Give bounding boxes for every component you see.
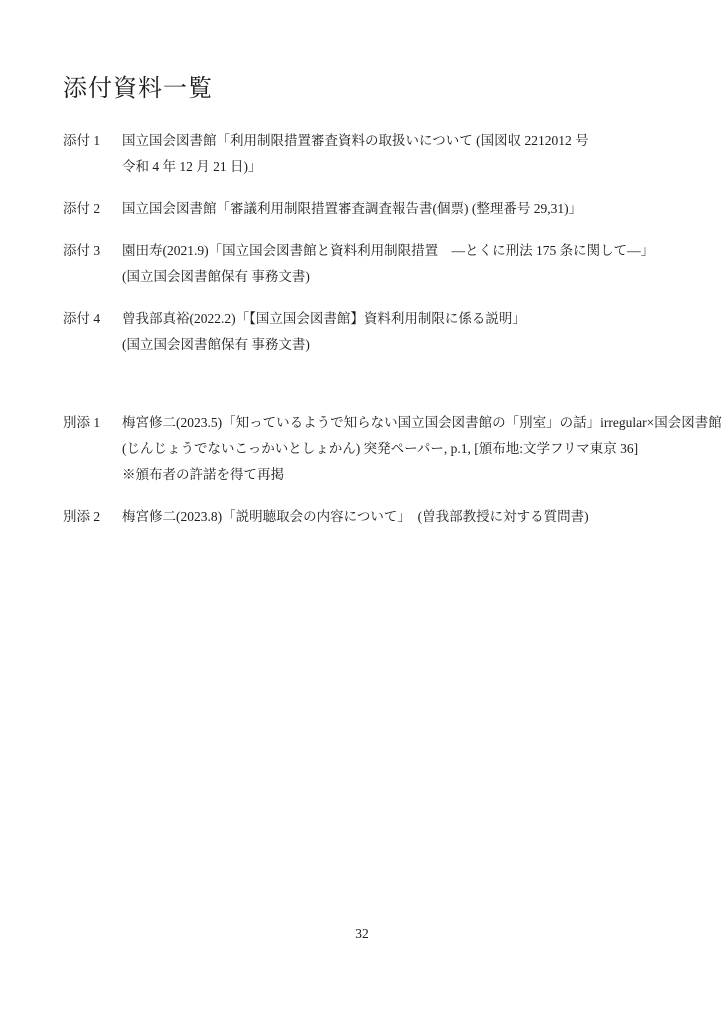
item-text-line: 国立国会図書館「審議利用制限措置審査調査報告書(個票) (整理番号 29,31)… <box>122 196 708 222</box>
item-text-line: ※頒布者の許諾を得て再掲 <box>122 462 708 488</box>
item-text-line: (じんじょうでないこっかいとしょかん) 突発ペーパー, p.1, [頒布地:文学… <box>122 436 708 462</box>
list-item-betten-2: 別添 2 梅宮修二(2023.8)「説明聴取会の内容について」 (曽我部教授に対… <box>63 504 708 530</box>
page-footer: 32 <box>0 926 724 942</box>
item-text: 曾我部真裕(2022.2)「【国立国会図書館】資料利用制限に係る説明」 (国立国… <box>122 306 708 358</box>
item-text-line: (国立国会図書館保有 事務文書) <box>122 332 708 358</box>
attachment-list: 添付 1 国立国会図書館「利用制限措置審査資料の取扱いについて (国図収 221… <box>63 128 708 546</box>
page-title: 添付資料一覧 <box>63 68 213 103</box>
item-label: 別添 1 <box>63 410 122 436</box>
item-text-line: 令和 4 年 12 月 21 日)」 <box>122 154 708 180</box>
item-text: 国立国会図書館「審議利用制限措置審査調査報告書(個票) (整理番号 29,31)… <box>122 196 708 222</box>
item-label: 添付 1 <box>63 128 122 154</box>
item-text-line: 梅宮修二(2023.8)「説明聴取会の内容について」 (曽我部教授に対する質問書… <box>122 504 708 530</box>
list-item-tenpu-2: 添付 2 国立国会図書館「審議利用制限措置審査調査報告書(個票) (整理番号 2… <box>63 196 708 222</box>
item-text-line: 曾我部真裕(2022.2)「【国立国会図書館】資料利用制限に係る説明」 <box>122 306 708 332</box>
page-number: 32 <box>355 926 369 941</box>
item-label: 添付 3 <box>63 238 122 264</box>
list-item-tenpu-3: 添付 3 園田寿(2021.9)「国立国会図書館と資料利用制限措置 ―とくに刑法… <box>63 238 708 290</box>
item-label: 添付 2 <box>63 196 122 222</box>
item-label: 添付 4 <box>63 306 122 332</box>
list-item-betten-1: 別添 1 梅宮修二(2023.5)「知っているようで知らない国立国会図書館の「別… <box>63 410 708 488</box>
item-text: 国立国会図書館「利用制限措置審査資料の取扱いについて (国図収 2212012 … <box>122 128 708 180</box>
item-text: 梅宮修二(2023.8)「説明聴取会の内容について」 (曽我部教授に対する質問書… <box>122 504 708 530</box>
list-item-tenpu-1: 添付 1 国立国会図書館「利用制限措置審査資料の取扱いについて (国図収 221… <box>63 128 708 180</box>
item-text-line: 梅宮修二(2023.5)「知っているようで知らない国立国会図書館の「別室」の話」… <box>122 410 708 436</box>
item-text: 梅宮修二(2023.5)「知っているようで知らない国立国会図書館の「別室」の話」… <box>122 410 708 488</box>
item-text-line: 園田寿(2021.9)「国立国会図書館と資料利用制限措置 ―とくに刑法 175 … <box>122 238 708 264</box>
item-text-line: 国立国会図書館「利用制限措置審査資料の取扱いについて (国図収 2212012 … <box>122 128 708 154</box>
item-text: 園田寿(2021.9)「国立国会図書館と資料利用制限措置 ―とくに刑法 175 … <box>122 238 708 290</box>
document-page: 添付資料一覧 添付 1 国立国会図書館「利用制限措置審査資料の取扱いについて (… <box>0 0 724 1024</box>
list-item-tenpu-4: 添付 4 曾我部真裕(2022.2)「【国立国会図書館】資料利用制限に係る説明」… <box>63 306 708 358</box>
item-text-line: (国立国会図書館保有 事務文書) <box>122 264 708 290</box>
item-label: 別添 2 <box>63 504 122 530</box>
